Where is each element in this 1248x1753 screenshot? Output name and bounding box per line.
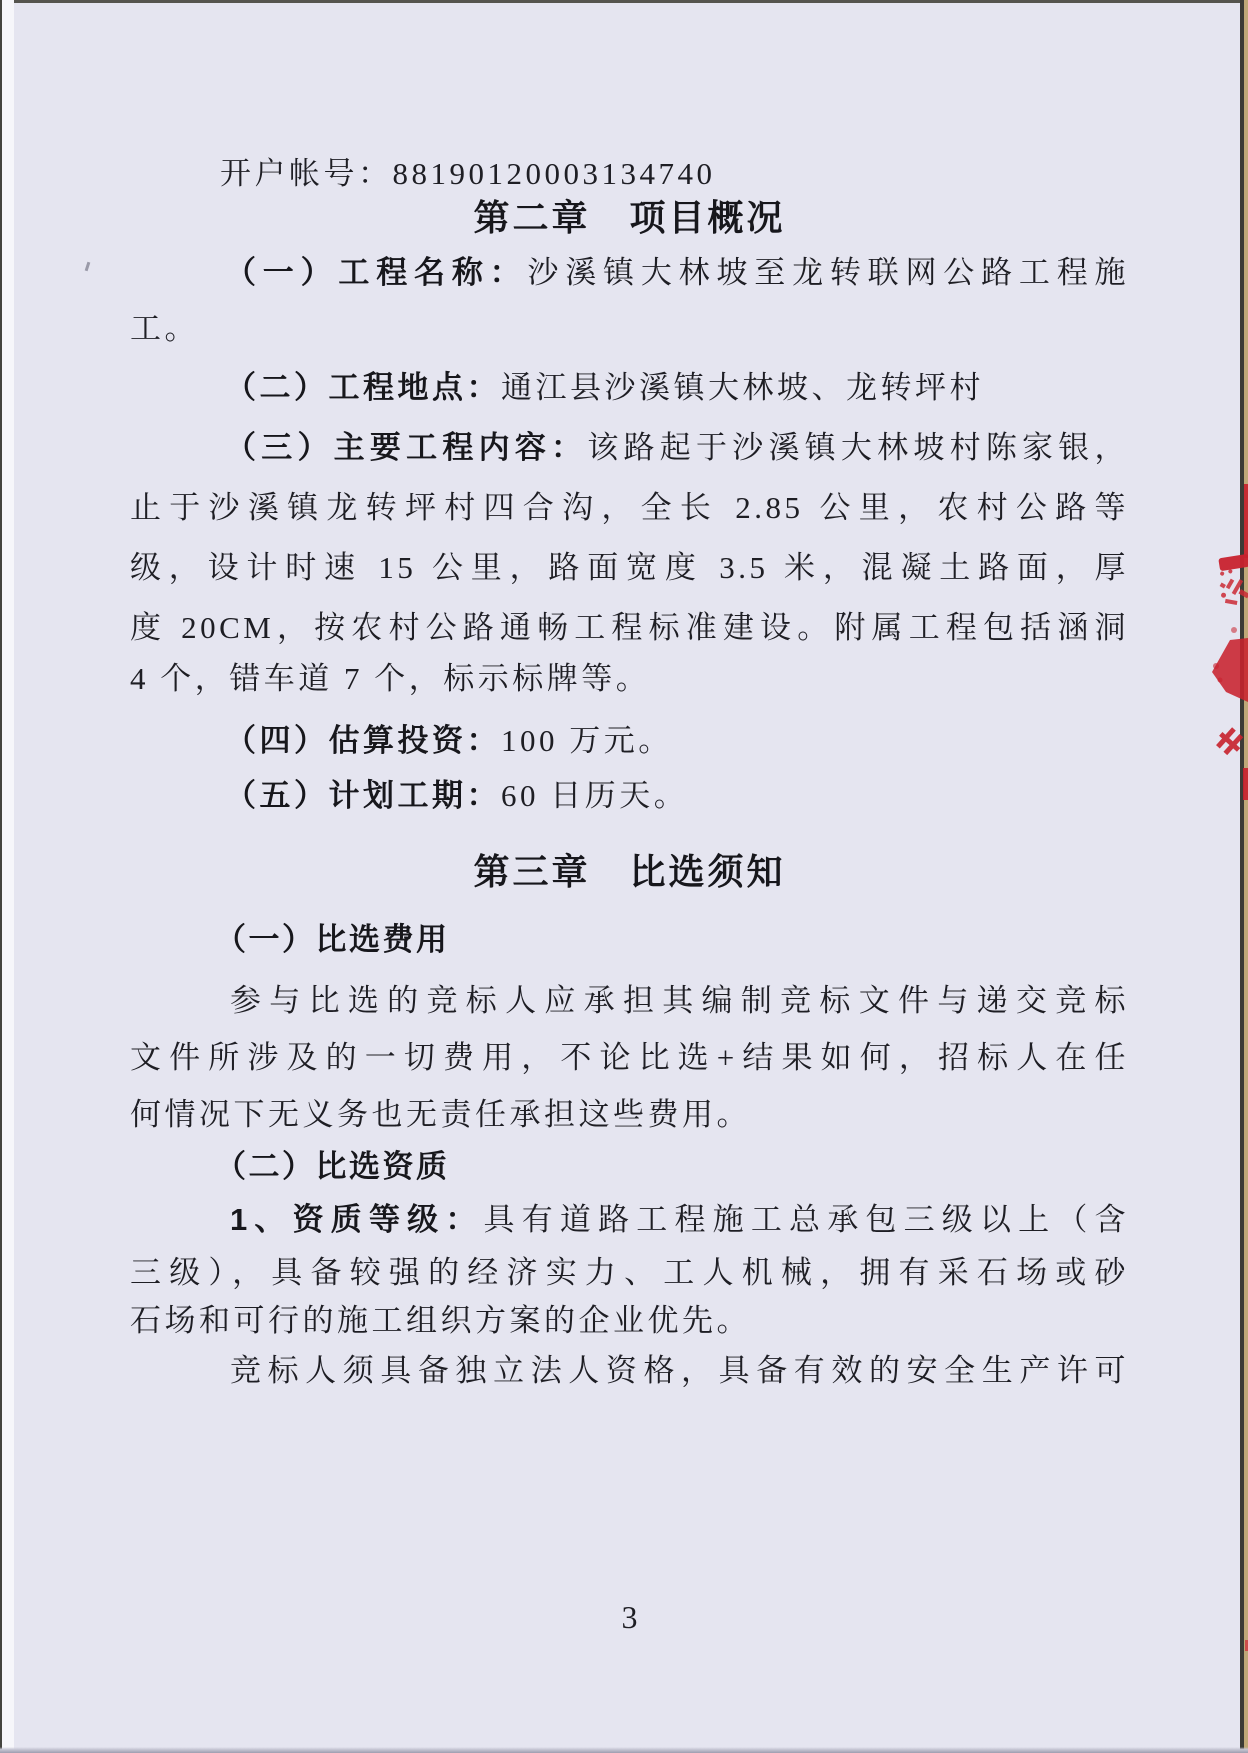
account-number-line: 开户帐号：88190120003134740 [130, 153, 1129, 195]
bidding-cost-paragraph-line-2: 文件所涉及的一切费用，不论比选+结果如何，招标人在任 [130, 1037, 1129, 1079]
main-work-content-line-5: 4 个，错车道 7 个，标示标牌等。 [130, 658, 1129, 700]
line-text: 该路起于沙溪镇大林坡村陈家银， [587, 430, 1129, 465]
line-text: 工。 [130, 311, 199, 346]
line-text: 度 20CM，按农村公路通畅工程标准建设。附属工程包括涵洞 [130, 610, 1129, 645]
project-location-line: （二）工程地点：通江县沙溪镇大林坡、龙转坪村 [130, 367, 1129, 409]
chapter-3-heading: 第三章 比选须知 [130, 849, 1129, 895]
chapter-2-heading: 第二章 项目概况 [130, 195, 1129, 241]
scan-edge-left-line [0, 0, 2, 1753]
project-name-line-2: 工。 [130, 308, 1129, 350]
line-text: 通江县沙溪镇大林坡、龙转坪村 [501, 370, 984, 405]
project-name-line-1: （一）工程名称：沙溪镇大林坡至龙转联网公路工程施 [130, 252, 1129, 294]
item-label: （五）计划工期： [225, 778, 501, 813]
main-work-content-line-4: 度 20CM，按农村公路通畅工程标准建设。附属工程包括涵洞 [130, 607, 1129, 649]
qualification-grade-line-2: 三级），具备较强的经济实力、工人机械，拥有采石场或砂 [130, 1252, 1129, 1294]
line-text: 石场和可行的施工组织方案的企业优先。 [130, 1303, 751, 1338]
scan-edge-right-tan [1244, 0, 1248, 1753]
line-text: 100 万元。 [501, 723, 673, 758]
subheading-text: （一）比选费用 [215, 922, 450, 957]
line-text: 60 日历天。 [501, 778, 688, 813]
line-text: 具有道路工程施工总承包三级以上（含 [484, 1202, 1129, 1237]
line-text: 何情况下无义务也无责任承担这些费用。 [130, 1097, 751, 1132]
scanned-document-page: 开户帐号：88190120003134740 第二章 项目概况 （一）工程名称：… [0, 0, 1248, 1753]
line-text: 级，设计时速 15 公里，路面宽度 3.5 米，混凝土路面，厚 [130, 550, 1129, 585]
subheading-text: （二）比选资质 [215, 1149, 450, 1184]
section-bidding-cost-heading: （一）比选费用 [130, 919, 1129, 961]
item-label: （三）主要工程内容： [225, 430, 587, 465]
main-work-content-line-1: （三）主要工程内容：该路起于沙溪镇大林坡村陈家银， [130, 427, 1129, 469]
legal-person-requirement-line: 竞标人须具备独立法人资格，具备有效的安全生产许可 [130, 1350, 1129, 1392]
page-number-text: 3 [622, 1599, 638, 1635]
heading-text: 第二章 项目概况 [473, 197, 785, 238]
scan-edge-bottom [0, 1747, 1248, 1753]
estimated-investment-line: （四）估算投资：100 万元。 [130, 720, 1129, 762]
section-qualification-heading: （二）比选资质 [130, 1146, 1129, 1188]
page-number: 3 [130, 1596, 1129, 1638]
qualification-grade-line-1: 1、资质等级：具有道路工程施工总承包三级以上（含 [130, 1199, 1129, 1241]
planned-duration-line: （五）计划工期：60 日历天。 [130, 775, 1129, 817]
item-label: （一）工程名称： [225, 255, 527, 290]
line-text: 参与比选的竞标人应承担其编制竞标文件与递交竞标 [230, 983, 1129, 1018]
qualification-grade-line-3: 石场和可行的施工组织方案的企业优先。 [130, 1300, 1129, 1342]
red-seal-fragment [1200, 480, 1248, 800]
item-label: 1、资质等级： [230, 1202, 484, 1237]
main-work-content-line-3: 级，设计时速 15 公里，路面宽度 3.5 米，混凝土路面，厚 [130, 547, 1129, 589]
bidding-cost-paragraph-line-1: 参与比选的竞标人应承担其编制竞标文件与递交竞标 [130, 980, 1129, 1022]
item-label: （二）工程地点： [225, 370, 501, 405]
line-text: 4 个，错车道 7 个，标示标牌等。 [130, 661, 650, 696]
scan-edge-left-white [2, 0, 14, 1753]
scan-edge-top [0, 0, 1248, 3]
line-text: 止于沙溪镇龙转坪村四合沟，全长 2.85 公里，农村公路等 [130, 490, 1129, 525]
line-text: 三级），具备较强的经济实力、工人机械，拥有采石场或砂 [130, 1255, 1129, 1290]
item-label: （四）估算投资： [225, 723, 501, 758]
line-text: 开户帐号：88190120003134740 [220, 156, 716, 191]
line-text: 沙溪镇大林坡至龙转联网公路工程施 [527, 255, 1129, 290]
heading-text: 第三章 比选须知 [473, 851, 785, 892]
main-work-content-line-2: 止于沙溪镇龙转坪村四合沟，全长 2.85 公里，农村公路等 [130, 487, 1129, 529]
scan-speck [85, 262, 91, 271]
line-text: 文件所涉及的一切费用，不论比选+结果如何，招标人在任 [130, 1040, 1129, 1075]
line-text: 竞标人须具备独立法人资格，具备有效的安全生产许可 [230, 1353, 1129, 1388]
bidding-cost-paragraph-line-3: 何情况下无义务也无责任承担这些费用。 [130, 1094, 1129, 1136]
